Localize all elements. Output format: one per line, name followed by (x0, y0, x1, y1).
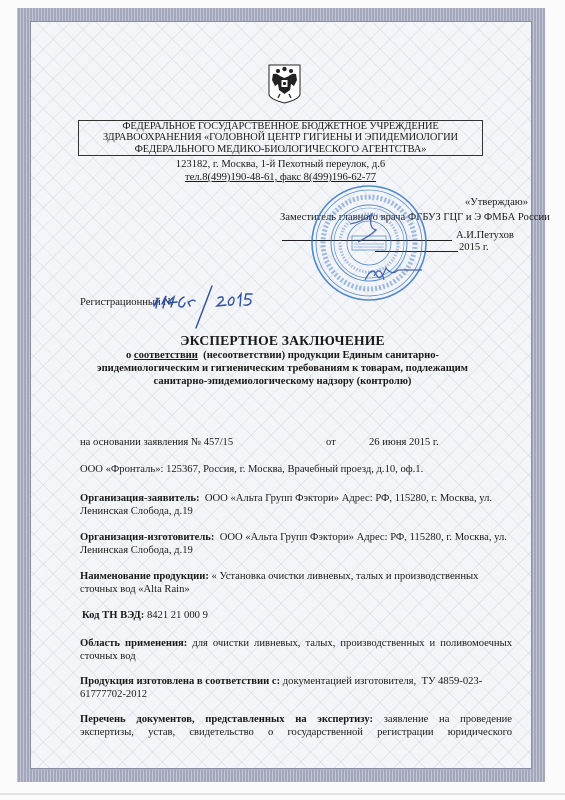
organization-address: 123182, г. Москва, 1-й Пехотный переулок… (78, 159, 483, 170)
organization-name-box: ФЕДЕРАЛЬНОЕ ГОСУДАРСТВЕННОЕ БЮДЖЕТНОЕ УЧ… (78, 120, 483, 156)
field-scope: Область применения: для очистки ливневых… (80, 637, 512, 663)
subtitle-line-2: эпидемиологическим и гигиеническим требо… (60, 362, 505, 375)
subtitle-prefix: о (126, 350, 134, 361)
field-label: Наименование продукции (80, 571, 205, 582)
field-standard: Продукция изготовлена в соответствии с: … (80, 675, 490, 701)
field-label: Область применения (80, 638, 184, 649)
subtitle-line-3: санитарно-эпидемиологическому надзору (к… (60, 375, 505, 388)
approval-year: 2015 г. (459, 242, 489, 253)
organization-line-2: ЗДРАВООХРАНЕНИЯ «ГОЛОВНОЙ ЦЕНТР ГИГИЕНЫ … (79, 132, 482, 143)
field-label: Организация-заявитель (80, 493, 196, 504)
subtitle-conformity: соответствии (134, 350, 198, 361)
approver-name: А.И.Петухов (456, 230, 514, 241)
field-label: Организация-изготовитель (80, 532, 211, 543)
russian-coat-of-arms-icon (268, 64, 301, 104)
application-date: 26 июня 2015 г. (369, 436, 439, 449)
organization-line-1: ФЕДЕРАЛЬНОЕ ГОСУДАРСТВЕННОЕ БЮДЖЕТНОЕ УЧ… (79, 121, 482, 132)
subtitle-line1-rest: (несоответствии) продукции Единым санита… (198, 350, 439, 361)
organization-contacts: тел.8(499)190-48-61, факс 8(499)196-62-7… (78, 172, 483, 183)
application-basis: на основании заявления № 457/15 (80, 436, 233, 449)
organization-line-3: ФЕДЕРАЛЬНОГО МЕДИКО-БИОЛОГИЧЕСКОГО АГЕНТ… (79, 144, 482, 155)
field-label: Продукция изготовлена в соответствии с (80, 676, 277, 687)
document-title: ЭКСПЕРТНОЕ ЗАКЛЮЧЕНИЕ (60, 333, 505, 349)
field-tn-ved-code: Код ТН ВЭД: 8421 21 000 9 (82, 610, 208, 621)
field-value: 8421 21 000 9 (144, 610, 208, 621)
round-seal-stamp-icon (310, 184, 428, 302)
field-product-name: Наименование продукции: « Установка очис… (80, 570, 480, 596)
document-page: ФЕДЕРАЛЬНОЕ ГОСУДАРСТВЕННОЕ БЮДЖЕТНОЕ УЧ… (0, 0, 565, 800)
application-from-label: от (326, 436, 336, 449)
field-applicant-organization: Организация-заявитель: ООО «Альта Групп … (80, 492, 512, 518)
field-documents-list: Перечень документов, представленных на э… (80, 713, 512, 739)
field-label: Перечень документов, представленных на э… (80, 714, 369, 725)
approved-label: «Утверждаю» (465, 197, 528, 208)
handwritten-registration-number (148, 284, 268, 332)
document-subtitle: о соответствии (несоответствии) продукци… (60, 349, 505, 388)
field-label: Код ТН ВЭД (82, 610, 141, 621)
submitter-line: ООО «Фронталь»: 125367, Россия, г. Москв… (80, 463, 423, 476)
field-manufacturer-organization: Организация-изготовитель: ООО «Альта Гру… (80, 531, 512, 557)
